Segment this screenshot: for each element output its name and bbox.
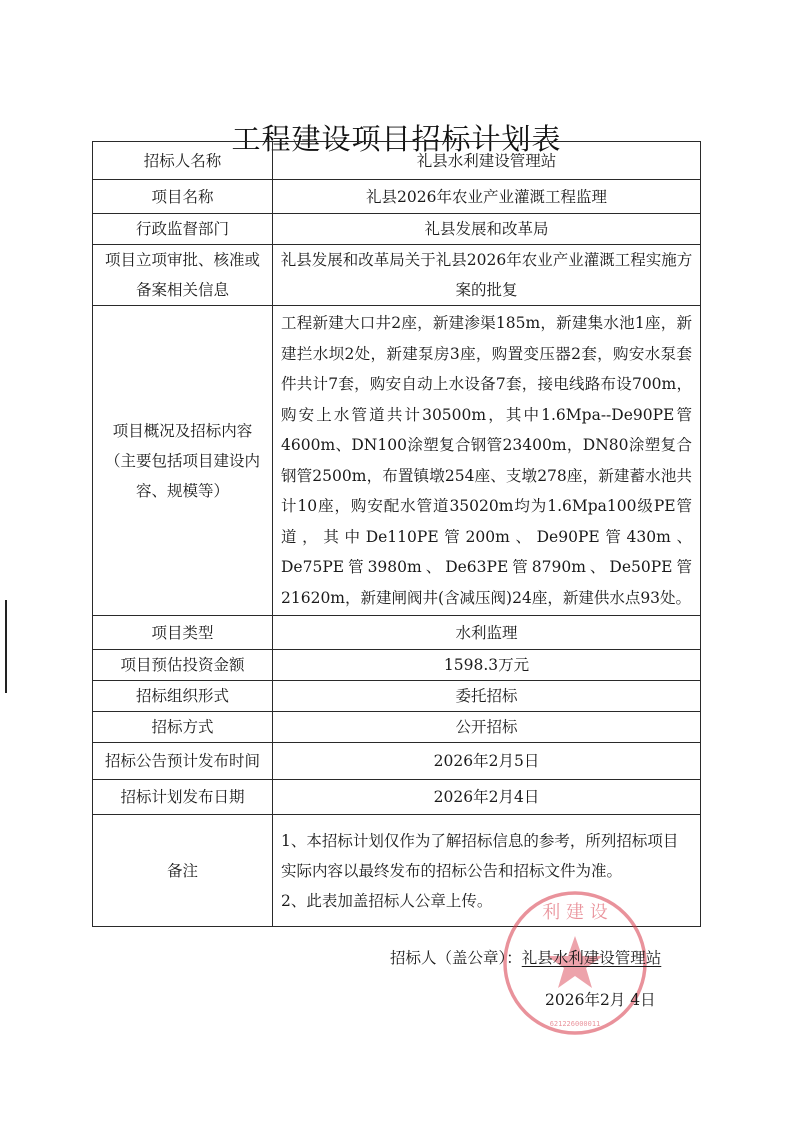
scan-edge-mark [5,600,7,693]
table-row: 招标计划发布日期 2026年2月4日 [93,780,701,815]
tender-plan-table: 招标人名称 礼县水利建设管理站 项目名称 礼县2026年农业产业灌溉工程监理 行… [92,141,701,927]
row-label: 项目预估投资金额 [93,650,273,681]
table-row: 行政监督部门 礼县发展和改革局 [93,214,701,245]
row-label: 行政监督部门 [93,214,273,245]
row-value: 工程新建大口井2座，新建渗渠185m，新建集水池1座，新建拦水坝2处，新建泵房3… [273,306,701,616]
row-label: 项目概况及招标内容（主要包括项目建设内容、规模等） [93,306,273,616]
table-row: 招标组织形式 委托招标 [93,681,701,712]
table-row: 项目概况及招标内容（主要包括项目建设内容、规模等） 工程新建大口井2座，新建渗渠… [93,306,701,616]
signature-line: 招标人（盖公章）：礼县水利建设管理站 [390,946,661,968]
signature-organization: 礼县水利建设管理站 [522,949,662,967]
row-value: 2026年2月5日 [273,743,701,780]
row-value: 公开招标 [273,712,701,743]
row-value: 2026年2月4日 [273,780,701,815]
row-value: 礼县发展和改革局关于礼县2026年农业产业灌溉工程实施方案的批复 [273,245,701,306]
row-label: 招标计划发布日期 [93,780,273,815]
table-row: 项目预估投资金额 1598.3万元 [93,650,701,681]
row-value: 1598.3万元 [273,650,701,681]
row-label: 项目立项审批、核准或备案相关信息 [93,245,273,306]
table-row: 招标人名称 礼县水利建设管理站 [93,142,701,180]
table-row: 项目立项审批、核准或备案相关信息 礼县发展和改革局关于礼县2026年农业产业灌溉… [93,245,701,306]
table-row: 招标方式 公开招标 [93,712,701,743]
row-label: 招标公告预计发布时间 [93,743,273,780]
row-value: 水利监理 [273,616,701,650]
row-value: 礼县2026年农业产业灌溉工程监理 [273,180,701,214]
row-label: 招标组织形式 [93,681,273,712]
table-row: 项目名称 礼县2026年农业产业灌溉工程监理 [93,180,701,214]
row-label: 招标人名称 [93,142,273,180]
row-label: 招标方式 [93,712,273,743]
notes-content: 1、本招标计划仅作为了解招标信息的参考，所列招标项目实际内容以最终发布的招标公告… [273,815,701,927]
row-value: 礼县水利建设管理站 [273,142,701,180]
svg-text:621226000011: 621226000011 [550,1020,601,1028]
note-item: 2、此表加盖招标人公章上传。 [281,886,692,916]
row-value: 礼县发展和改革局 [273,214,701,245]
row-label: 项目名称 [93,180,273,214]
signature-date: 2026年2月 4日 [545,988,656,1010]
notes-label: 备注 [93,815,273,927]
table-row: 招标公告预计发布时间 2026年2月5日 [93,743,701,780]
row-value: 委托招标 [273,681,701,712]
signature-prefix: 招标人（盖公章）： [390,949,522,967]
table-row: 项目类型 水利监理 [93,616,701,650]
row-label: 项目类型 [93,616,273,650]
table-row-notes: 备注 1、本招标计划仅作为了解招标信息的参考，所列招标项目实际内容以最终发布的招… [93,815,701,927]
note-item: 1、本招标计划仅作为了解招标信息的参考，所列招标项目实际内容以最终发布的招标公告… [281,826,692,886]
